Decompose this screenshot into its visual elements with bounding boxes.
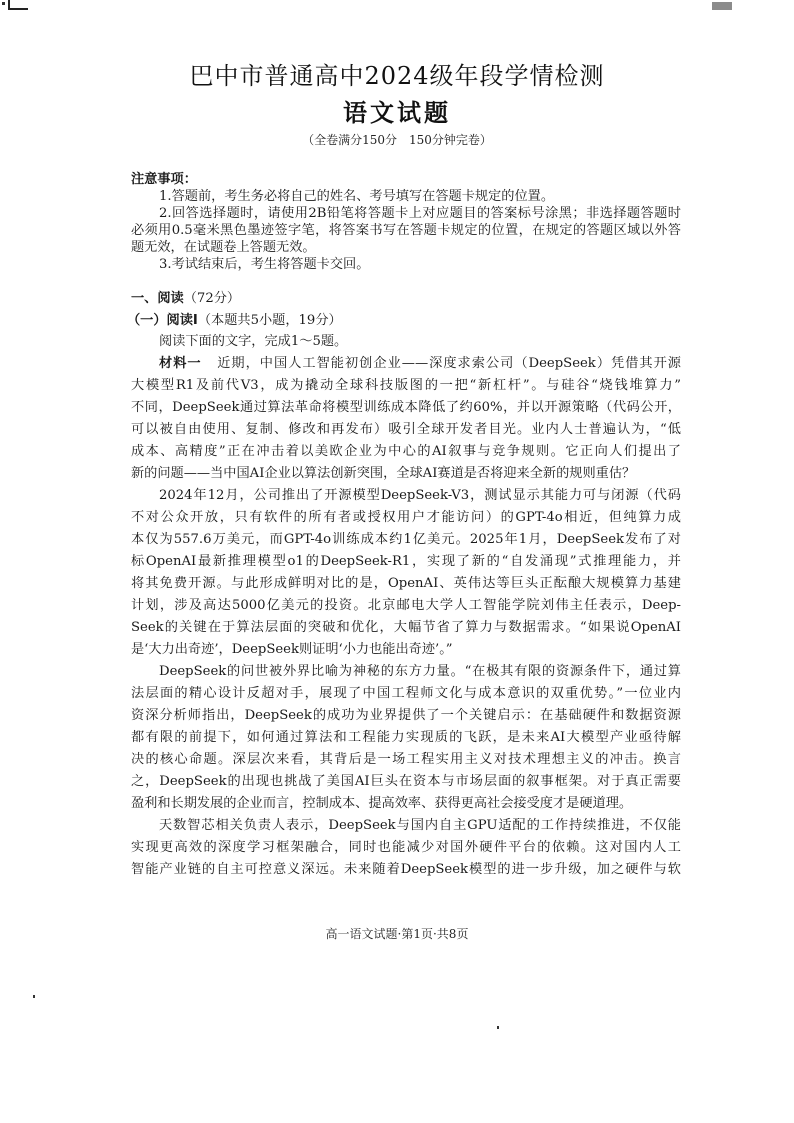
material-line: 成本、高精度”正在冲击着以美欧企业为中心的AI叙事与竞争规则。它正向人们提出了 (131, 444, 681, 460)
exam-subject: 语文试题 (0, 93, 794, 128)
subsection-note: （本题共5小题，19分） (198, 313, 342, 328)
section-title: 一、阅读 (131, 291, 184, 306)
notice-line: 1.答题前，考生务必将自己的姓名、考号填写在答题卡规定的位置。 (159, 189, 554, 205)
scan-speck (2, 2, 5, 5)
subsection-heading: （一）阅读I（本题共5小题，19分） (127, 313, 342, 329)
material-line: 智能产业链的自主可控意义深远。未来随着DeepSeek模型的进一步升级，加之硬件… (131, 862, 681, 878)
material-text: 近期，中国人工智能初创企业——深度求索公司（DeepSeek）凭借其开源 (217, 356, 681, 371)
material-line: 天数智芯相关负责人表示，DeepSeek与国内自主GPU适配的工作持续推进，不仅… (159, 818, 681, 834)
material-line: 本仅为557.6万美元，而GPT-4o训练成本约1亿美元。2025年1月，Dee… (131, 532, 681, 548)
material-line: Seek的关键在于算法层面的突破和优化，大幅节省了算力与数据需求。“如果说Ope… (131, 620, 681, 636)
material-line: 可以被自由使用、复制、修改和再发布）吸引全球开发者目光。业内人士普遍认为，“低 (131, 422, 681, 438)
material-line: 决的核心命题。深层次来看，其背后是一场工程实用主义对技术理想主义的冲击。换言 (131, 752, 681, 768)
notice-line: 必须用0.5毫米黑色墨迹签字笔，将答案书写在答题卡规定的位置，在规定的答题区域以… (131, 223, 681, 239)
section-score: （72分） (184, 291, 240, 306)
notice-line: 2.回答选择题时，请使用2B铅笔将答题卡上对应题目的答案标号涂黑；非选择题答题时 (159, 206, 681, 222)
notice-line: 题无效，在试题卷上答题无效。 (131, 240, 316, 256)
section-heading: 一、阅读（72分） (131, 291, 240, 307)
material-line: 都有限的前提下，如何通过算法和工程能力实现质的飞跃，是未来AI大模型产业亟待解 (131, 730, 681, 746)
scan-speck (33, 995, 35, 998)
page-footer: 高一语文试题·第1页·共8页 (0, 925, 794, 942)
material-line: 将其免费开源。与此形成鲜明对比的是，OpenAI、英伟达等巨头正酝酿大规模算力基… (131, 576, 681, 592)
notice-line: 3.考试结束后，考生将答题卡交回。 (159, 257, 369, 273)
scan-artifact (712, 2, 732, 10)
material-label: 材料一 (159, 356, 202, 371)
subsection-title: （一）阅读I (127, 313, 198, 328)
material-line: 盈利和长期发展的企业而言，控制成本、提高效率、获得更高社会接受度才是硬道理。 (131, 796, 632, 812)
material-line: 2024年12月，公司推出了开源模型DeepSeek-V3，测试显示其能力可与闭… (159, 488, 681, 504)
material-line: 之，DeepSeek的出现也挑战了美国AI巨头在资本与市场层面的叙事框架。对于真… (131, 774, 681, 790)
exam-score-note: （全卷满分150分 150分钟完卷） (0, 131, 794, 148)
crop-mark-icon (8, 0, 28, 10)
material-line: 标OpenAI最新推理模型o1的DeepSeek-R1，实现了新的“自发涌现”式… (131, 554, 681, 570)
material-line: 实现更高效的深度学习框架融合，同时也能减少对国外硬件平台的依赖。这对国内人工 (131, 840, 681, 856)
material-line: 是‘大力出奇迹’，DeepSeek则证明‘小力也能出奇迹’。” (131, 642, 453, 658)
material-line: 大模型R1及前代V3，成为撬动全球科技版图的一把“新杠杆”。与硅谷“烧钱堆算力” (131, 378, 681, 394)
exam-title: 巴中市普通高中2024级年段学情检测 (0, 56, 794, 91)
material-line: 资深分析师指出，DeepSeek的成功为业界提供了一个关键启示：在基础硬件和数据… (131, 708, 681, 724)
material-line: 材料一 近期，中国人工智能初创企业——深度求索公司（DeepSeek）凭借其开源 (159, 356, 681, 372)
material-line: 不对公众开放，只有软件的所有者或授权用户才能访问）的GPT-4o相近，但纯算力成 (131, 510, 681, 526)
notice-heading: 注意事项： (131, 172, 197, 188)
material-line: 新的问题——当中国AI企业以算法创新突围，全球AI赛道是否将迎来全新的规则重估？ (131, 466, 635, 482)
material-line: 计划，涉及高达5000亿美元的投资。北京邮电大学人工智能学院刘伟主任表示，Dee… (131, 598, 681, 614)
material-line: 法层面的精心设计反超对手，展现了中国工程师文化与成本意识的双重优势。”一位业内 (131, 686, 681, 702)
material-line: DeepSeek的问世被外界比喻为神秘的东方力量。“在极其有限的资源条件下，通过… (159, 664, 681, 680)
material-line: 不同，DeepSeek通过算法革命将模型训练成本降低了约60%，并以开源策略（代… (131, 400, 681, 416)
scan-speck (497, 1026, 499, 1029)
reading-instruction: 阅读下面的文字，完成1～5题。 (159, 334, 347, 350)
